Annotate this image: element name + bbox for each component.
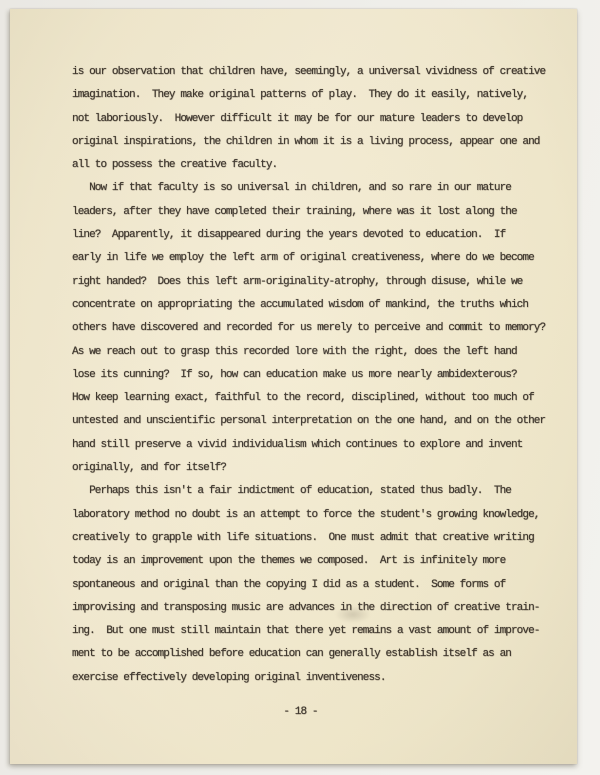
paragraph-2: Now if that faculty is so universal in c… bbox=[72, 177, 562, 480]
scan-background: is our observation that children have, s… bbox=[0, 0, 600, 775]
page-text: is our observation that children have, s… bbox=[72, 61, 562, 690]
page-number: - 18 - bbox=[24, 701, 577, 724]
paragraph-1: is our observation that children have, s… bbox=[72, 61, 562, 177]
document-page: is our observation that children have, s… bbox=[10, 9, 577, 764]
paragraph-3: Perhaps this isn't a fair indictment of … bbox=[72, 480, 562, 690]
